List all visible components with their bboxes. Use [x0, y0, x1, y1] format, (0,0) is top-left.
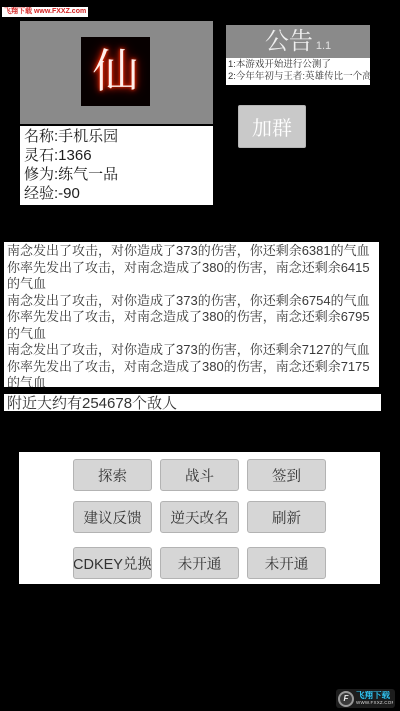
battle-log-line: 南念发出了攻击，对你造成了373的伤害，你还剩余6381的气血	[7, 243, 376, 260]
bottom-watermark: F 飞翔下载 WWW.FXXZ.COM	[336, 689, 395, 708]
announcement-line: 2:今年年初与王者:英雄传比一个高低	[228, 71, 368, 83]
sign-in-button[interactable]: 签到	[247, 459, 326, 491]
battle-log-line: 南念发出了攻击，对你造成了373的伤害，你还剩余7127的气血	[7, 342, 376, 359]
xian-character: 仙	[93, 37, 139, 106]
player-experience: 经验:-90	[24, 184, 209, 203]
watermark-site-url: WWW.FXXZ.COM	[356, 700, 393, 706]
announcement-version: 1.1	[316, 40, 331, 52]
announcement-body: 1:本游戏开始进行公测了 2:今年年初与王者:英雄传比一个高低	[226, 58, 370, 85]
enemy-count-text: 附近大约有254678个敌人	[7, 392, 177, 413]
locked-feature-button-2[interactable]: 未开通	[247, 547, 326, 579]
game-screen: 飞翔下载 www.FXXZ.com 仙 公告 1.1 1:本游戏开始进行公测了 …	[0, 0, 400, 711]
battle-button[interactable]: 战斗	[160, 459, 239, 491]
player-info-panel: 名称:手机乐园 灵石:1366 修为:练气一品 经验:-90	[20, 126, 213, 205]
announcement-header: 公告 1.1	[226, 25, 370, 58]
game-logo-panel: 仙	[20, 21, 213, 124]
player-spirit-stone: 灵石:1366	[24, 146, 209, 165]
announcement-line: 1:本游戏开始进行公测了	[228, 59, 368, 71]
game-logo: 仙	[81, 37, 150, 106]
battle-log-line: 你率先发出了攻击，对南念造成了380的伤害，南念还剩余6415的气血	[7, 260, 376, 293]
enemy-count-bar: 附近大约有254678个敌人	[2, 392, 383, 413]
fxxz-logo-icon: F	[338, 691, 354, 707]
announcement-title: 公告	[265, 25, 313, 58]
refresh-button[interactable]: 刷新	[247, 501, 326, 533]
action-row: 建议反馈 逆天改名 刷新	[19, 501, 380, 533]
feedback-button[interactable]: 建议反馈	[73, 501, 152, 533]
battle-log[interactable]: 南念发出了攻击，对你造成了373的伤害，你还剩余6381的气血 你率先发出了攻击…	[2, 240, 381, 389]
cdkey-redeem-button[interactable]: CDKEY兑换	[73, 547, 152, 579]
battle-log-line: 你率先发出了攻击，对南念造成了380的伤害，南念还剩余6795的气血	[7, 309, 376, 342]
locked-feature-button-1[interactable]: 未开通	[160, 547, 239, 579]
action-row: CDKEY兑换 未开通 未开通	[19, 547, 380, 579]
battle-log-line: 南念发出了攻击，对你造成了373的伤害，你还剩余6754的气血	[7, 293, 376, 310]
rename-button[interactable]: 逆天改名	[160, 501, 239, 533]
battle-log-line: 你率先发出了攻击，对南念造成了380的伤害，南念还剩余7175的气血	[7, 359, 376, 390]
watermark-site-name: 飞翔下载	[356, 691, 393, 700]
action-row: 探索 战斗 签到	[19, 459, 380, 491]
top-watermark: 飞翔下载 www.FXXZ.com	[2, 7, 88, 17]
player-name: 名称:手机乐园	[24, 127, 209, 146]
explore-button[interactable]: 探索	[73, 459, 152, 491]
action-button-panel: 探索 战斗 签到 建议反馈 逆天改名 刷新 CDKEY兑换 未开通 未开通	[19, 452, 380, 584]
join-group-button[interactable]: 加群	[238, 105, 306, 148]
watermark-text-block: 飞翔下载 WWW.FXXZ.COM	[356, 691, 393, 706]
player-cultivation: 修为:练气一品	[24, 165, 209, 184]
